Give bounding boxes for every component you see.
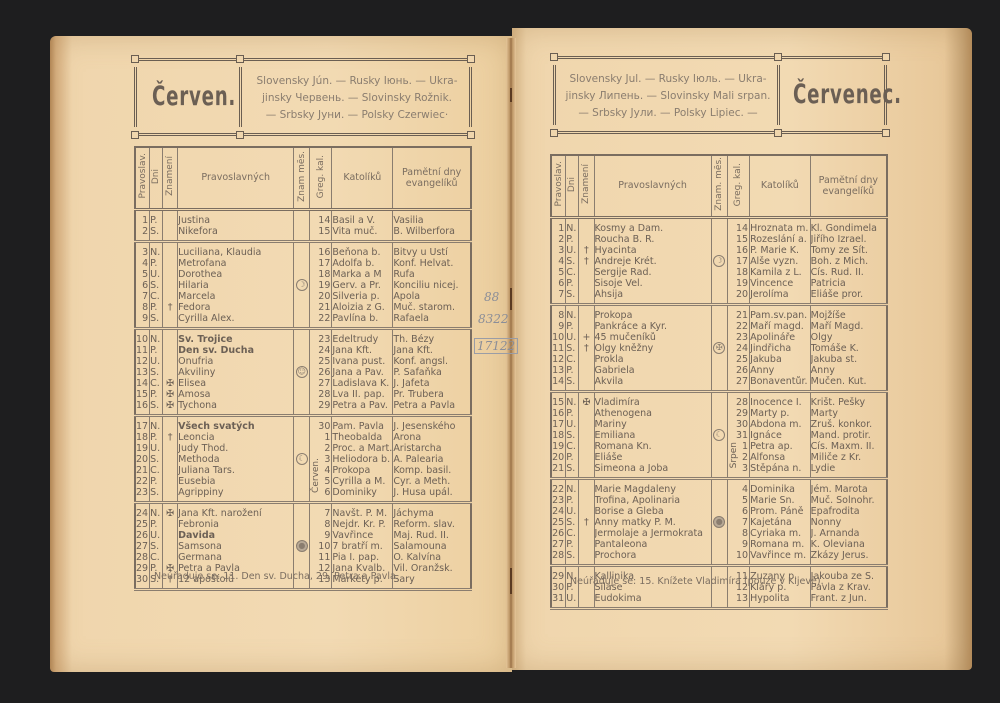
day-number: 13 <box>136 367 148 378</box>
feast-sign: † <box>579 256 593 267</box>
day-number: 7 <box>136 291 148 302</box>
catholic-saint: Aloizia z G. <box>332 302 392 313</box>
month-names-line: jinsky Липень. — Slovinsky Mali srpan. <box>563 88 773 105</box>
catholic-saint: 7 bratří m. <box>332 541 392 552</box>
day-number: 27 <box>552 539 564 550</box>
orthodox-saint: Marcela <box>178 291 293 302</box>
weekday: Č. <box>566 354 578 365</box>
feast-sign <box>163 552 177 563</box>
feast-sign <box>579 495 593 506</box>
feast-sign-cell: † <box>579 478 594 565</box>
day-number: 11 <box>136 345 148 356</box>
feast-sign-cell: ✠✠✠ <box>163 328 178 415</box>
catholic-saint: Vita muč. <box>332 226 392 237</box>
evangelical-day: Maří Magd. <box>811 321 886 332</box>
catholic-saint: Jakuba <box>750 354 810 365</box>
day-number-cell: 891011121314 <box>551 304 566 391</box>
feast-sign <box>163 367 177 378</box>
gregorian-date: 25 <box>728 354 748 365</box>
weekday: P. <box>566 234 578 245</box>
moon-phase-cell: ● <box>711 478 727 565</box>
catholic-saint: Jerolíma <box>750 289 810 300</box>
feast-sign <box>163 291 177 302</box>
catholic-saint: Abdona m. <box>750 419 810 430</box>
orthodox-saint: Dorothea <box>178 269 293 280</box>
weekday: Č. <box>566 441 578 452</box>
weekday: Č. <box>150 552 162 563</box>
feast-sign: † <box>579 245 593 256</box>
catholic-saint: Silveria p. <box>332 291 392 302</box>
weekday: S. <box>566 463 578 474</box>
feast-sign <box>579 310 593 321</box>
month-names-languages: Slovensky Jún. — Rusky Іюнь. — Ukra- jin… <box>248 73 466 124</box>
weekday: S. <box>150 280 162 291</box>
moon-phase-cell: ☾ <box>294 415 310 502</box>
day-number: 16 <box>552 408 564 419</box>
gregorian-date: 23 <box>728 332 748 343</box>
feast-sign <box>163 443 177 454</box>
catholic-saint: Edeltrudy <box>332 334 392 345</box>
weekday: N. <box>150 508 162 519</box>
catholic-saint: Theobalda <box>332 432 392 443</box>
catholic-saint: Ignáce <box>750 430 810 441</box>
day-number-cell: 1234567 <box>551 217 566 304</box>
day-number: 5 <box>552 267 564 278</box>
orthodox-saint: Febronia <box>178 519 293 530</box>
feast-sign-cell: ✠ <box>579 391 594 478</box>
day-number: 17 <box>552 419 564 430</box>
day-number: 20 <box>552 452 564 463</box>
col-header-pravoslav: Pravoslav. <box>551 155 566 217</box>
catholic-saint: Prokopa <box>332 465 392 476</box>
week-row: 12P.S.JustinaNikefora1415Basil a V.Vita … <box>135 209 471 241</box>
gregorian-date: 21 <box>728 310 748 321</box>
orthodox-saint: Juliana Tars. <box>178 465 293 476</box>
evangelical-day: Mučen. Kut. <box>811 376 886 387</box>
gregorian-date: 7 <box>728 517 748 528</box>
gregorian-date: 19 <box>728 278 748 289</box>
day-number: 14 <box>136 378 148 389</box>
gregorian-date: 28 <box>310 389 330 400</box>
weekday: Ú. <box>150 443 162 454</box>
weekday: N. <box>566 484 578 495</box>
orthodox-saint: Borise a Gleba <box>595 506 711 517</box>
col-header-znam-mes: Znam mĕs. <box>294 147 310 209</box>
feast-sign-cell: +† <box>579 304 594 391</box>
col-header-dni: Dni <box>150 147 163 209</box>
evangelical-day: K. Oleviana <box>811 539 886 550</box>
col-header-pravoslav: Pravoslav. <box>135 147 150 209</box>
gregorian-date-cell: 1415 <box>310 209 332 241</box>
day-number-cell: 24252627282930 <box>135 502 150 589</box>
weekday-cell: N.P.Ú.S.Č.P.S. <box>150 415 163 502</box>
gregorian-date-cell: 28293031123Srpen <box>727 391 749 478</box>
weekday: P. <box>150 215 162 226</box>
feast-sign-cell: † <box>163 415 178 502</box>
orthodox-saint: Akvila <box>595 376 711 387</box>
day-number: 13 <box>552 365 564 376</box>
catholic-saint: Kajetána <box>750 517 810 528</box>
orthodox-saint: Sergije Rad. <box>595 267 711 278</box>
orthodox-saint: Jana Kft. narožení <box>178 508 293 519</box>
catholic-saint: Vavřince <box>332 530 392 541</box>
weekday: P. <box>566 365 578 376</box>
left-month-header: Červen. Slovensky Jún. — Rusky Іюнь. — U… <box>136 58 470 136</box>
moon-phase-cell: ☽ <box>294 241 310 328</box>
orthodox-saint: Den sv. Ducha <box>178 345 293 356</box>
day-number: 21 <box>136 465 148 476</box>
evangelical-day: Zruš. konkor. <box>811 419 886 430</box>
orthodox-saint: Eliáše <box>595 452 711 463</box>
evangelical-day: Bitvy u Ústí <box>393 247 470 258</box>
evangelical-day: Pr. Trubera <box>393 389 470 400</box>
moon-phase-icon: ✠ <box>713 342 725 354</box>
weekday: Č. <box>150 465 162 476</box>
gregorian-date: 24 <box>310 345 330 356</box>
june-calendar-table: Pravoslav. Dni Znamení Pravoslavných Zna… <box>134 146 472 591</box>
evangelical-day-cell: Bitvy u ÚstíKonf. Helvat.RufaKonciliu ni… <box>393 241 471 328</box>
orthodox-saint-cell: Marie MagdalenyTrofina, ApolinariaBorise… <box>594 478 711 565</box>
day-number: 29 <box>552 571 564 582</box>
feast-sign: ✠ <box>163 400 177 411</box>
july-footnote: Neúřaduje se: 15. Knížete Vladimíra (pou… <box>570 576 824 587</box>
feast-sign-cell <box>163 209 178 241</box>
month-names-line: jinsky Червень. — Slovinsky Rožnik. <box>248 90 466 107</box>
day-number: 8 <box>136 302 148 313</box>
catholic-saint-cell: Basil a V.Vita muč. <box>332 209 393 241</box>
catholic-saint: Proc. a Mart. <box>332 443 392 454</box>
gregorian-date: 29 <box>728 408 748 419</box>
weekday: Ú. <box>150 269 162 280</box>
moon-phase-icon: ☾ <box>296 453 308 465</box>
catholic-saint: Hroznata m. <box>750 223 810 234</box>
weekday: S. <box>566 430 578 441</box>
june-footnote: Neúřaduje se: 11. Den sv. Ducha, 29. Pet… <box>154 571 399 582</box>
evangelical-day: Boh. z Mich. <box>811 256 886 267</box>
catholic-saint: Adolfa b. <box>332 258 392 269</box>
evangelical-day: Lydie <box>811 463 886 474</box>
gregorian-date: 23 <box>310 334 330 345</box>
weekday: Č. <box>566 528 578 539</box>
day-number: 25 <box>552 517 564 528</box>
orthodox-saint: Athenogena <box>595 408 711 419</box>
weekday-cell: N.P.Ú.S.Č.P.S. <box>566 217 579 304</box>
gregorian-date: 27 <box>310 378 330 389</box>
evangelical-day: Vil. Oranžsk. <box>393 563 470 574</box>
day-number: 24 <box>552 506 564 517</box>
day-number: 6 <box>136 280 148 291</box>
feast-sign <box>163 215 177 226</box>
moon-phase-icon: ● <box>713 516 725 528</box>
evangelical-day: Jakuba st. <box>811 354 886 365</box>
weekday: Ú. <box>566 332 578 343</box>
catholic-saint: Dominiky <box>332 487 392 498</box>
weekday: P. <box>566 278 578 289</box>
weekday: P. <box>150 476 162 487</box>
feast-sign <box>579 528 593 539</box>
day-number: 19 <box>136 443 148 454</box>
evangelical-day: Anny <box>811 365 886 376</box>
catholic-saint: Maří magd. <box>750 321 810 332</box>
day-number: 6 <box>552 278 564 289</box>
gregorian-date: 26 <box>310 367 330 378</box>
weekday: S. <box>150 313 162 324</box>
weekday: S. <box>150 226 162 237</box>
orthodox-saint: Vladimíra <box>595 397 711 408</box>
orthodox-saint: Gabriela <box>595 365 711 376</box>
orthodox-saint: Amosa <box>178 389 293 400</box>
feast-sign <box>579 408 593 419</box>
orthodox-saint: Prokopa <box>595 310 711 321</box>
orthodox-saint: Fedora <box>178 302 293 313</box>
orthodox-saint: Emiliana <box>595 430 711 441</box>
catholic-saint: Beňona b. <box>332 247 392 258</box>
catholic-saint: Petra a Pav. <box>332 400 392 411</box>
feast-sign <box>579 463 593 474</box>
col-header-katoliku: Katolíků <box>750 155 811 217</box>
evangelical-day: Jém. Marota <box>811 484 886 495</box>
weekday: Ú. <box>150 530 162 541</box>
evangelical-day: O. Kalvína <box>393 552 470 563</box>
day-number: 8 <box>552 310 564 321</box>
feast-sign: + <box>579 332 593 343</box>
catholic-saint-cell: Inocence I.Marty p.Abdona m.IgnácePetra … <box>750 391 811 478</box>
col-header-pravoslavnych: Pravoslavných <box>594 155 711 217</box>
day-number: 3 <box>136 247 148 258</box>
weekday: Ú. <box>566 506 578 517</box>
orthodox-saint: Jermolaje a Jermokrata <box>595 528 711 539</box>
gregorian-date: 8 <box>728 528 748 539</box>
orthodox-saint: Davida <box>178 530 293 541</box>
orthodox-saint: Všech svatých <box>178 421 293 432</box>
gregorian-date-cell: 21222324252627 <box>727 304 749 391</box>
evangelical-day: Arona <box>393 432 470 443</box>
catholic-saint-cell: Beňona b.Adolfa b.Marka a MGerv. a Pr.Si… <box>332 241 393 328</box>
gregorian-date-cell: 23242526272829 <box>310 328 332 415</box>
week-row: 1234567N.P.Ú.S.Č.P.S.††Kosmy a Dam.Rouch… <box>551 217 887 304</box>
month-title: Červen. <box>152 81 236 112</box>
day-number: 28 <box>552 550 564 561</box>
day-number: 23 <box>136 487 148 498</box>
weekday-cell: N.P.Ú.S.Č.P.S. <box>566 391 579 478</box>
binding-stitch <box>510 568 512 594</box>
orthodox-saint: Leoncia <box>178 432 293 443</box>
evangelical-day: J. Husa upál. <box>393 487 470 498</box>
gregorian-date: 14 <box>728 223 748 234</box>
catholic-saint: Jana a Pav. <box>332 367 392 378</box>
gregorian-date: 18 <box>310 269 330 280</box>
evangelical-day: Marty <box>811 408 886 419</box>
day-number-cell: 17181920212223 <box>135 415 150 502</box>
evangelical-day: J. Jesenského <box>393 421 470 432</box>
feast-sign <box>163 465 177 476</box>
catholic-saint: Nejdr. Kr. P. <box>332 519 392 530</box>
orthodox-saint: Akviliny <box>178 367 293 378</box>
orthodox-saint: Andreje Krét. <box>595 256 711 267</box>
col-header-evangeliku: Pamĕtní dny evangelíků <box>393 147 471 209</box>
feast-sign: ✠ <box>163 389 177 400</box>
evangelical-day: Frant. z Jun. <box>811 593 886 604</box>
gregorian-date: 28 <box>728 397 748 408</box>
gregorian-date-cell: 14151617181920 <box>727 217 749 304</box>
evangelical-day: Patricia <box>811 278 886 289</box>
orthodox-saint: Methoda <box>178 454 293 465</box>
feast-sign <box>163 226 177 237</box>
orthodox-saint: Sisoje Vel. <box>595 278 711 289</box>
gregorian-date: 16 <box>310 247 330 258</box>
weekday: N. <box>150 247 162 258</box>
gregorian-date: 6 <box>728 506 748 517</box>
pencil-note: 88 <box>484 290 499 304</box>
moon-phase-cell: ✠ <box>711 304 727 391</box>
feast-sign <box>163 269 177 280</box>
day-number: 1 <box>136 215 148 226</box>
day-number: 16 <box>136 400 148 411</box>
evangelical-day-cell: Jém. MarotaMuč. Solnohr.EpafroditaNonnyJ… <box>810 478 887 565</box>
evangelical-day: Maj. Rud. II. <box>393 530 470 541</box>
weekday-cell: N.P.Ú.S.Č.P.S. <box>566 478 579 565</box>
weekday: Ú. <box>566 419 578 430</box>
orthodox-saint: Pantaleona <box>595 539 711 550</box>
catholic-saint: Pam.sv.pan. <box>750 310 810 321</box>
gregorian-date: 8 <box>310 519 330 530</box>
day-number: 20 <box>136 454 148 465</box>
feast-sign: † <box>579 517 593 528</box>
moon-phase-cell: ☾ <box>711 391 727 478</box>
catholic-saint: Jana Kft. <box>332 345 392 356</box>
evangelical-day-cell: J. JesenskéhoAronaAristarchaA. PaleariaK… <box>393 415 471 502</box>
gregorian-date: 1 <box>310 432 330 443</box>
catholic-saint: Marie Sn. <box>750 495 810 506</box>
catholic-saint-cell: EdeltrudyJana Kft.Ivana pust.Jana a Pav.… <box>332 328 393 415</box>
catholic-saint-cell: Pam.sv.pan.Maří magd.ApolinářeJindřichaJ… <box>750 304 811 391</box>
gregorian-date: 25 <box>310 356 330 367</box>
gregorian-date: 9 <box>310 530 330 541</box>
feast-sign <box>163 356 177 367</box>
evangelical-day: Muč. Solnohr. <box>811 495 886 506</box>
day-number-cell: 22232425262728 <box>551 478 566 565</box>
day-number: 10 <box>136 334 148 345</box>
orthodox-saint-cell: ProkopaPankráce a Kyr.45 mučeníkůOlgy kn… <box>594 304 711 391</box>
day-number: 15 <box>552 397 564 408</box>
weekday: Č. <box>150 291 162 302</box>
weekday: S. <box>566 343 578 354</box>
col-header-znameni: Znamení <box>163 147 178 209</box>
col-header-katoliku: Katolíků <box>332 147 393 209</box>
catholic-saint: Inocence I. <box>750 397 810 408</box>
day-number: 9 <box>136 313 148 324</box>
weekday: Ú. <box>566 245 578 256</box>
weekday: P. <box>566 452 578 463</box>
month-names-languages: Slovensky Jul. — Rusky Іюль. — Ukra- jin… <box>563 71 773 122</box>
feast-sign <box>579 223 593 234</box>
week-row: 10111213141516N.P.Ú.S.Č.P.S.✠✠✠Sv. Troji… <box>135 328 471 415</box>
evangelical-day: Kl. Gondimela <box>811 223 886 234</box>
orthodox-saint-cell: JustinaNikefora <box>178 209 294 241</box>
catholic-saint: Prom. Páně <box>750 506 810 517</box>
day-number: 28 <box>136 552 148 563</box>
weekday-cell: P.S. <box>150 209 163 241</box>
catholic-saint: Bonaventůr. <box>750 376 810 387</box>
day-number: 27 <box>136 541 148 552</box>
right-month-header: Slovensky Jul. — Rusky Іюль. — Ukra- jin… <box>555 56 885 134</box>
weekday: S. <box>150 487 162 498</box>
gregorian-date: 15 <box>728 234 748 245</box>
orthodox-saint: Ahsija <box>595 289 711 300</box>
catholic-saint: Basil a V. <box>332 215 392 226</box>
orthodox-saint: Pankráce a Kyr. <box>595 321 711 332</box>
evangelical-day: Jáchyma <box>393 508 470 519</box>
orthodox-saint: Trofina, Apolinaria <box>595 495 711 506</box>
orthodox-saint: Judy Thod. <box>178 443 293 454</box>
evangelical-day: Cís. Rud. II. <box>811 267 886 278</box>
catholic-saint: Anny <box>750 365 810 376</box>
orthodox-saint: Sv. Trojice <box>178 334 293 345</box>
day-number: 23 <box>552 495 564 506</box>
catholic-saint: Ivana pust. <box>332 356 392 367</box>
gregorian-date: 10 <box>310 541 330 552</box>
gregorian-date-cell: 45678910 <box>727 478 749 565</box>
week-row: 22232425262728N.P.Ú.S.Č.P.S.†Marie Magda… <box>551 478 887 565</box>
orthodox-saint: Onufria <box>178 356 293 367</box>
evangelical-day: Konciliu nicej. <box>393 280 470 291</box>
month-names-line: — Srbsky Јули. — Polsky Lipiec. — <box>563 105 773 122</box>
week-row: 891011121314N.P.Ú.S.Č.P.S.+†ProkopaPankr… <box>551 304 887 391</box>
gregorian-date: 4 <box>728 484 748 495</box>
day-number: 30 <box>552 582 564 593</box>
catholic-saint: Romana m. <box>750 539 810 550</box>
weekday-cell: N.P.Ú.S.Č.P.S. <box>150 328 163 415</box>
orthodox-saint: Cyrilla Alex. <box>178 313 293 324</box>
orthodox-saint: Prokla <box>595 354 711 365</box>
feast-sign: † <box>163 432 177 443</box>
catholic-saint: Apolináře <box>750 332 810 343</box>
weekday: S. <box>150 454 162 465</box>
gregorian-date: 16 <box>728 245 748 256</box>
day-number: 19 <box>552 441 564 452</box>
weekday: P. <box>150 345 162 356</box>
evangelical-day: Tomy ze Šít. <box>811 245 886 256</box>
weekday: P. <box>150 389 162 400</box>
feast-sign <box>579 441 593 452</box>
feast-sign <box>579 419 593 430</box>
catholic-saint: Cyriaka m. <box>750 528 810 539</box>
gregorian-date: 13 <box>728 593 748 604</box>
evangelical-day: Sary <box>393 574 470 585</box>
gregorian-date: 27 <box>728 376 748 387</box>
week-row: 3456789N.P.Ú.S.Č.P.S.†Luciliana, Klaudia… <box>135 241 471 328</box>
evangelical-day-cell: JáchymaReform. slav.Maj. Rud. II.Šalamou… <box>393 502 471 589</box>
catholic-saint: Hypolita <box>750 593 810 604</box>
feast-sign <box>579 593 593 604</box>
day-number: 18 <box>136 432 148 443</box>
gregorian-date: 14 <box>310 215 330 226</box>
weekday: Ú. <box>566 593 578 604</box>
orthodox-saint-cell: Kosmy a Dam.Roucha B. R.HyacintaAndreje … <box>594 217 711 304</box>
feast-sign <box>579 278 593 289</box>
feast-sign <box>579 234 593 245</box>
catholic-saint-cell: DominikaMarie Sn.Prom. PáněKajetánaCyria… <box>750 478 811 565</box>
weekday: P. <box>150 519 162 530</box>
orthodox-saint: Mariny <box>595 419 711 430</box>
evangelical-day: Mand. protir. <box>811 430 886 441</box>
catholic-saint: Pia I. pap. <box>332 552 392 563</box>
open-calendar-book: Červen. Slovensky Jún. — Rusky Іюнь. — U… <box>50 28 975 673</box>
weekday: P. <box>566 321 578 332</box>
evangelical-day: Eliáše pror. <box>811 289 886 300</box>
gregorian-date-cell: 16171819202122 <box>310 241 332 328</box>
july-calendar-table: Pravoslav. Dni Znamení Pravoslavných Zna… <box>550 154 888 610</box>
